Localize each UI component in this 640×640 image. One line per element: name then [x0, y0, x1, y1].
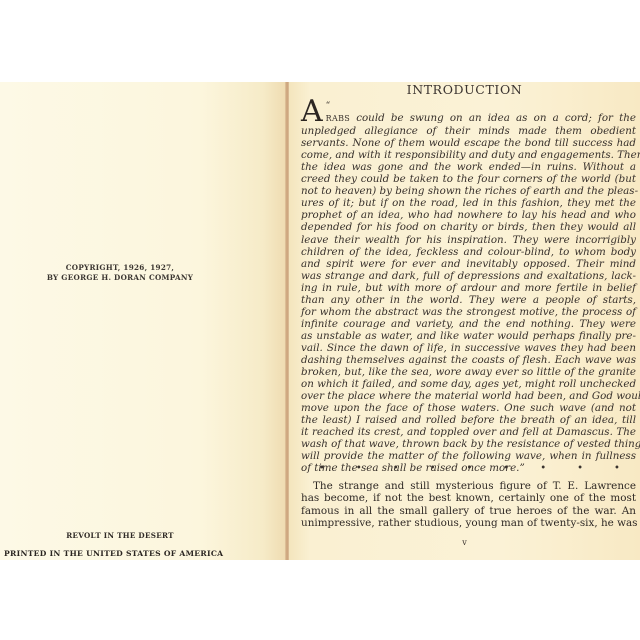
quote-line: will provide the matter of the following…: [301, 450, 636, 462]
open-quote-mark: “: [326, 101, 331, 111]
drop-cap: A: [301, 100, 323, 124]
section-break-dots: • • • • • • • • •: [319, 463, 620, 474]
dot: •: [577, 463, 583, 474]
quote-line: vail. Since the dawn of life, in success…: [301, 342, 636, 354]
quote-line: prophet of an idea, who had nowhere to l…: [301, 209, 636, 221]
quote-line: depended for his food on charity or bird…: [301, 221, 636, 233]
body-line: unimpressive, rather studious, young man…: [301, 517, 636, 529]
quote-line: ing in rule, but with more of ardour and…: [301, 282, 636, 294]
copyright-line-2: BY GEORGE H. DORAN COMPANY: [0, 273, 240, 283]
dot: •: [503, 463, 509, 474]
quote-line: broken, but, like the sea, wore away eve…: [301, 366, 636, 378]
quote-line: for whom the abstract was the strongest …: [301, 306, 636, 318]
left-page: COPYRIGHT, 1926, 1927, BY GEORGE H. DORA…: [0, 82, 285, 560]
quote-line: the least) I raised and rolled before th…: [301, 414, 636, 426]
quote-line: over the place where the material world …: [301, 390, 636, 402]
quote-line: servants. None of them would escape the …: [301, 137, 636, 149]
quote-line: children of the idea, feckless and colou…: [301, 246, 636, 258]
right-page: INTRODUCTION “A RABS could be swung on a…: [289, 82, 640, 560]
running-head: INTRODUCTION: [289, 82, 640, 97]
dot: •: [430, 463, 436, 474]
quote-line: the idea was gone and the work ended—in …: [301, 161, 636, 173]
quote-line: and spirit were for ever and inevitably …: [301, 258, 636, 270]
quote-line: as unstable as water, and like water wou…: [301, 330, 636, 342]
body-line: famous in all the small gallery of true …: [301, 505, 636, 517]
quote-line: on which it failed, and some day, ages y…: [301, 378, 636, 390]
dot: •: [393, 463, 399, 474]
quote-line: not to heaven) by being shown the riches…: [301, 185, 636, 197]
quote-line: leave their wealth for his inspiration. …: [301, 234, 636, 246]
dot: •: [614, 463, 620, 474]
copyright-notice: COPYRIGHT, 1926, 1927, BY GEORGE H. DORA…: [0, 263, 240, 283]
quote-line: RABS could be swung on an idea as on a c…: [301, 112, 636, 125]
book-spread: COPYRIGHT, 1926, 1927, BY GEORGE H. DORA…: [0, 82, 640, 560]
quote-line: unpledged allegiance of their minds made…: [301, 125, 636, 137]
quote-line: infinite courage and variety, and the en…: [301, 318, 636, 330]
quote-line: creed they could be taken to the four co…: [301, 173, 636, 185]
quote-line: come, and with it responsibility and dut…: [301, 149, 636, 161]
quote-line: it reached its crest, and toppled over a…: [301, 426, 636, 438]
quote-line: was strange and dark, full of depression…: [301, 270, 636, 282]
printed-in-notice: PRINTED IN THE UNITED STATES OF AMERICA: [4, 549, 223, 558]
quote-line: dashing themselves against the coasts of…: [301, 354, 636, 366]
book-title: REVOLT IN THE DESERT: [0, 531, 240, 540]
quote-line: move upon the face of those waters. One …: [301, 402, 636, 414]
copyright-line-1: COPYRIGHT, 1926, 1927,: [0, 263, 240, 273]
dot: •: [319, 463, 325, 474]
page-number: v: [289, 538, 640, 547]
quote-line: wash of that wave, thrown back by the re…: [301, 438, 636, 450]
introduction-body: The strange and still mysterious figure …: [301, 480, 636, 530]
epigraph-quote: “A RABS could be swung on an idea as on …: [301, 100, 636, 474]
first-word-smallcaps: RABS: [326, 114, 350, 123]
body-line: has become, if not the best known, certa…: [301, 492, 636, 504]
body-line: The strange and still mysterious figure …: [301, 480, 636, 492]
quote-line: ures of it; but if on the road, led in t…: [301, 197, 636, 209]
dot: •: [356, 463, 362, 474]
quote-line: than any other in the world. They were a…: [301, 294, 636, 306]
dot: •: [467, 463, 473, 474]
dot: •: [540, 463, 546, 474]
